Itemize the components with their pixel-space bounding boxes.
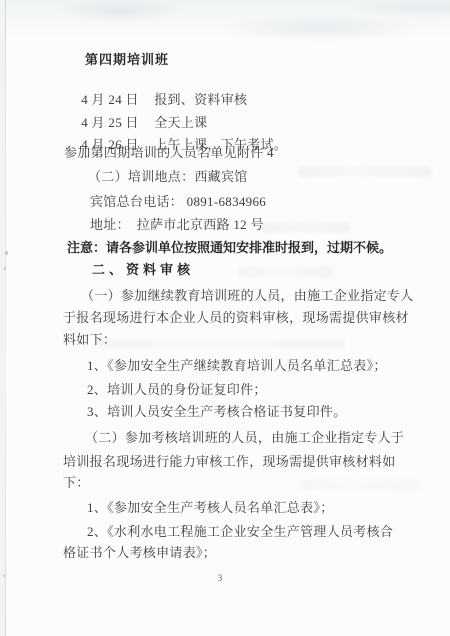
hotel-phone-line: 宾馆总台电话： 0891-6834966 bbox=[90, 194, 266, 210]
section-heading-material-review: 二、资料审核 bbox=[92, 262, 194, 278]
scan-speck bbox=[4, 267, 6, 270]
punctuality-notice-line: 注意：请各参训单位按照通知安排准时报到，过期不候。 bbox=[67, 240, 392, 256]
page-number: 3 bbox=[0, 573, 440, 584]
paragraph-line: 下： bbox=[63, 475, 90, 491]
paragraph-line: （一）参加继续教育培训班的人员，由施工企业指定专人 bbox=[81, 288, 414, 304]
paragraph-line: （二）参加考核培训班的人员，由施工企业指定专人于 bbox=[85, 430, 404, 446]
numbered-item-continuation: 格证书个人考核申请表》； bbox=[63, 545, 216, 561]
scan-top-shading bbox=[0, 0, 450, 42]
numbered-item: 1、《参加安全生产考核人员名单汇总表》； bbox=[87, 500, 334, 516]
paragraph-line: 培训报名现场进行能力审核工作，现场需提供审核材料如 bbox=[63, 454, 396, 470]
hotel-address-line: 地址： 拉萨市北京西路 12 号 bbox=[90, 217, 264, 233]
scan-ghost-bleedthrough bbox=[300, 480, 420, 490]
scan-edge-strip bbox=[0, 0, 5, 636]
numbered-item: 2、《水利水电工程施工企业安全生产管理人员考核合 bbox=[87, 524, 393, 540]
paragraph-line: 于报名现场进行本企业人员的资料审核，现场需提供审核材 bbox=[63, 310, 409, 326]
training-session-title: 第四期培训班 bbox=[85, 52, 169, 68]
scan-ghost-bleedthrough bbox=[262, 222, 350, 233]
scan-speck bbox=[5, 251, 8, 255]
scanned-document-page: 第四期培训班 4 月 24 日报到、资料审核 4 月 25 日全天上课 4 月 … bbox=[0, 0, 450, 636]
scan-ghost-bleedthrough bbox=[238, 267, 334, 277]
scan-ghost-bleedthrough bbox=[298, 166, 432, 177]
scan-ghost-bleedthrough bbox=[95, 339, 345, 349]
numbered-item: 2、培训人员的身份证复印件； bbox=[87, 382, 267, 398]
attachment-note: 参加第四期培训的人员名单见附件 4 bbox=[64, 145, 274, 161]
numbered-item: 3、培训人员安全生产考核合格证书复印件。 bbox=[87, 404, 347, 420]
training-location-line: （二）培训地点：西藏宾馆 bbox=[88, 169, 248, 185]
scan-edge-line bbox=[5, 0, 6, 636]
numbered-item: 1、《参加安全生产继续教育培训人员名单汇总表》； bbox=[87, 358, 387, 374]
paragraph-line: 料如下： bbox=[63, 332, 116, 348]
